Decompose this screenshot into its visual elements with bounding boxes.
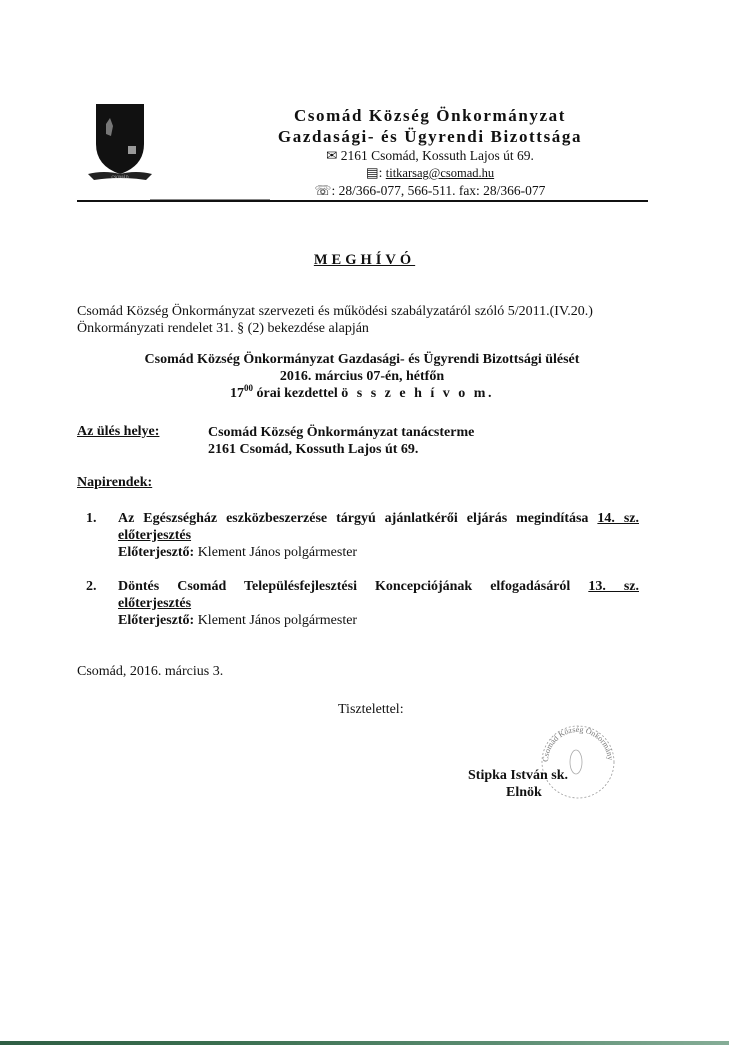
signer-title: Elnök (468, 784, 608, 801)
letterhead: Csomád Község Önkormányzat Gazdasági- és… (232, 105, 628, 199)
document-title: MEGHÍVÓ (0, 252, 729, 269)
intro-paragraph: Csomád Község Önkormányzat szervezeti és… (77, 303, 647, 337)
phone-text: 28/366-077, 566-511. fax: 28/366-077 (339, 183, 546, 198)
envelope-icon: ✉ (326, 148, 337, 163)
venue: Csomád Község Önkormányzat tanácsterme 2… (208, 424, 474, 458)
agenda-item: 2. Döntés Csomád Településfejlesztési Ko… (86, 578, 639, 629)
venue-address: 2161 Csomád, Kossuth Lajos út 69. (208, 441, 474, 458)
agenda-item: 1. Az Egészségház eszközbeszerzése tárgy… (86, 510, 639, 561)
header-divider (77, 200, 648, 202)
svg-text:CSOMÁD: CSOMÁD (111, 175, 128, 180)
agenda-label: Napirendek: (77, 475, 152, 491)
footer-bar (0, 1041, 729, 1045)
municipal-crest-logo: CSOMÁD (88, 100, 152, 182)
dateline: Csomád, 2016. március 3. (77, 664, 223, 680)
committee-name: Gazdasági- és Ügyrendi Bizottsága (232, 126, 628, 147)
venue-label: Az ülés helye: (77, 424, 159, 440)
closing: Tisztelettel: (338, 702, 404, 718)
signer-name: Stipka István sk. (468, 767, 608, 784)
header-divider-accent (150, 199, 270, 200)
address-text: 2161 Csomád, Kossuth Lajos út 69. (341, 148, 534, 163)
meeting-date: 2016. március 07-én, hétfőn (77, 368, 647, 385)
telephone-icon: ☏ (315, 183, 332, 198)
email-link[interactable]: titkarsag@csomad.hu (386, 166, 494, 180)
computer-icon: ▤ (366, 165, 379, 180)
venue-name: Csomád Község Önkormányzat tanácsterme (208, 424, 474, 441)
address-line: ✉ 2161 Csomád, Kossuth Lajos út 69. (232, 147, 628, 164)
meeting-time: 1700 órai kezdettel ö s s z e h í v o m. (77, 385, 647, 402)
email-line: ▤: titkarsag@csomad.hu (232, 164, 628, 182)
meeting-announcement: Csomád Község Önkormányzat Gazdasági- és… (77, 351, 647, 402)
meeting-line: Csomád Község Önkormányzat Gazdasági- és… (77, 351, 647, 368)
signature-block: Stipka István sk. Elnök (468, 767, 608, 801)
phone-line: ☏: 28/366-077, 566-511. fax: 28/366-077 (232, 182, 628, 199)
org-name: Csomád Község Önkormányzat (232, 105, 628, 126)
svg-text:Csomád Község Önkormányzata: Csomád Község Önkormányzata (538, 722, 615, 762)
